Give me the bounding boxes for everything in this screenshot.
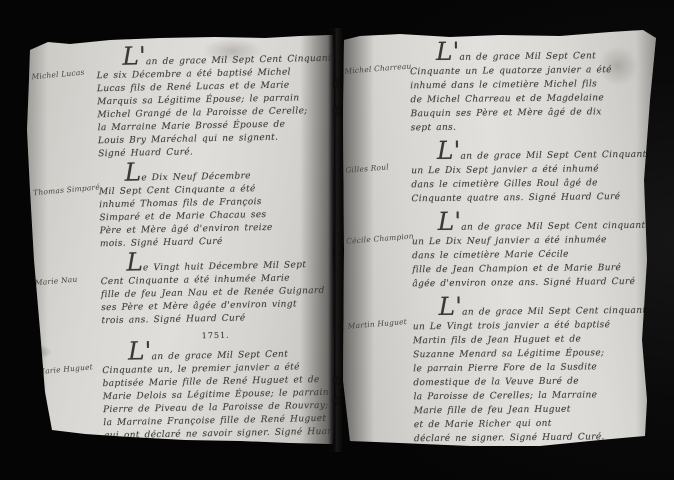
register-entry: B. Marie HuguetL'an de grace Mil Sept Ce… bbox=[102, 341, 332, 443]
photo-background: B. Michel LucasL'an de grace Mil Sept Ce… bbox=[0, 0, 674, 480]
entry-line: sept ans. bbox=[411, 119, 651, 136]
stitch-mark bbox=[334, 377, 340, 384]
book-spine bbox=[329, 28, 343, 452]
manuscript-page-left: B. Michel LucasL'an de grace Mil Sept Ce… bbox=[22, 32, 334, 448]
entry-line: L'an de grace Mil Sept Cent Cinquante bbox=[411, 142, 651, 165]
stitch-mark bbox=[334, 397, 340, 404]
register-entry: S. Michel CharreauL'an de grace Mil Sept… bbox=[410, 43, 651, 136]
entry-text: Le Dix Neuf DécembreMil Sept Cent Cinqua… bbox=[98, 162, 328, 251]
entry-line: âgée d'environ onze ans. Signé Huard Cur… bbox=[412, 275, 652, 292]
entry-text: L'an de grace Mil Sept CentCinquante un … bbox=[410, 43, 651, 136]
entry-text: L'an de grace Mil Sept Cent cinquanteun … bbox=[412, 213, 653, 292]
entry-line: L'an de grace Mil Sept Cent bbox=[410, 43, 650, 66]
register-entry: B. Michel LucasL'an de grace Mil Sept Ce… bbox=[96, 46, 326, 161]
entry-text: L'an de grace Mil Sept CentCinquante un,… bbox=[102, 341, 332, 443]
right-page-entries: S. Michel CharreauL'an de grace Mil Sept… bbox=[410, 43, 654, 454]
margin-annotation: B. Marie Huguet bbox=[26, 363, 100, 378]
entry-line: déclaré ne signer. Signé Huard Curé. bbox=[414, 430, 654, 447]
entry-text: L'an de grace Mil Sept Cent Cinquanteun … bbox=[411, 142, 652, 207]
manuscript-page-right: S. Michel CharreauL'an de grace Mil Sept… bbox=[336, 26, 658, 454]
register-entry: S. Thomas SimparéLe Dix Neuf DécembreMil… bbox=[98, 162, 328, 251]
entry-text: L'an de grace Mil Sept Cent CinquanteLe … bbox=[96, 46, 326, 161]
entry-line: L'an de grace Mil Sept Cent cinquante bbox=[413, 298, 653, 321]
register-entry: S. Cécile ChampionL'an de grace Mil Sept… bbox=[412, 213, 653, 292]
left-page-entries: B. Michel LucasL'an de grace Mil Sept Ce… bbox=[96, 46, 332, 448]
entry-line: L'an de grace Mil Sept Cent cinquante bbox=[412, 213, 652, 236]
register-entry: B. Martin HuguetL'an de grace Mil Sept C… bbox=[413, 298, 655, 447]
entry-text: Le Vingt huit Décembre Mil SeptCent Cinq… bbox=[100, 252, 329, 328]
register-entry: S. Marie NauLe Vingt huit Décembre Mil S… bbox=[100, 252, 329, 328]
entry-text: L'an de grace Mil Sept Cent cinquanteun … bbox=[413, 298, 655, 447]
entry-line: Cinquante quatre ans. Signé Huard Curé bbox=[411, 190, 651, 207]
register-entry: S. Gilles RoulL'an de grace Mil Sept Cen… bbox=[411, 142, 652, 207]
stitch-mark bbox=[334, 107, 340, 114]
stitch-mark bbox=[334, 80, 340, 87]
page-edge-shadow bbox=[22, 32, 48, 448]
